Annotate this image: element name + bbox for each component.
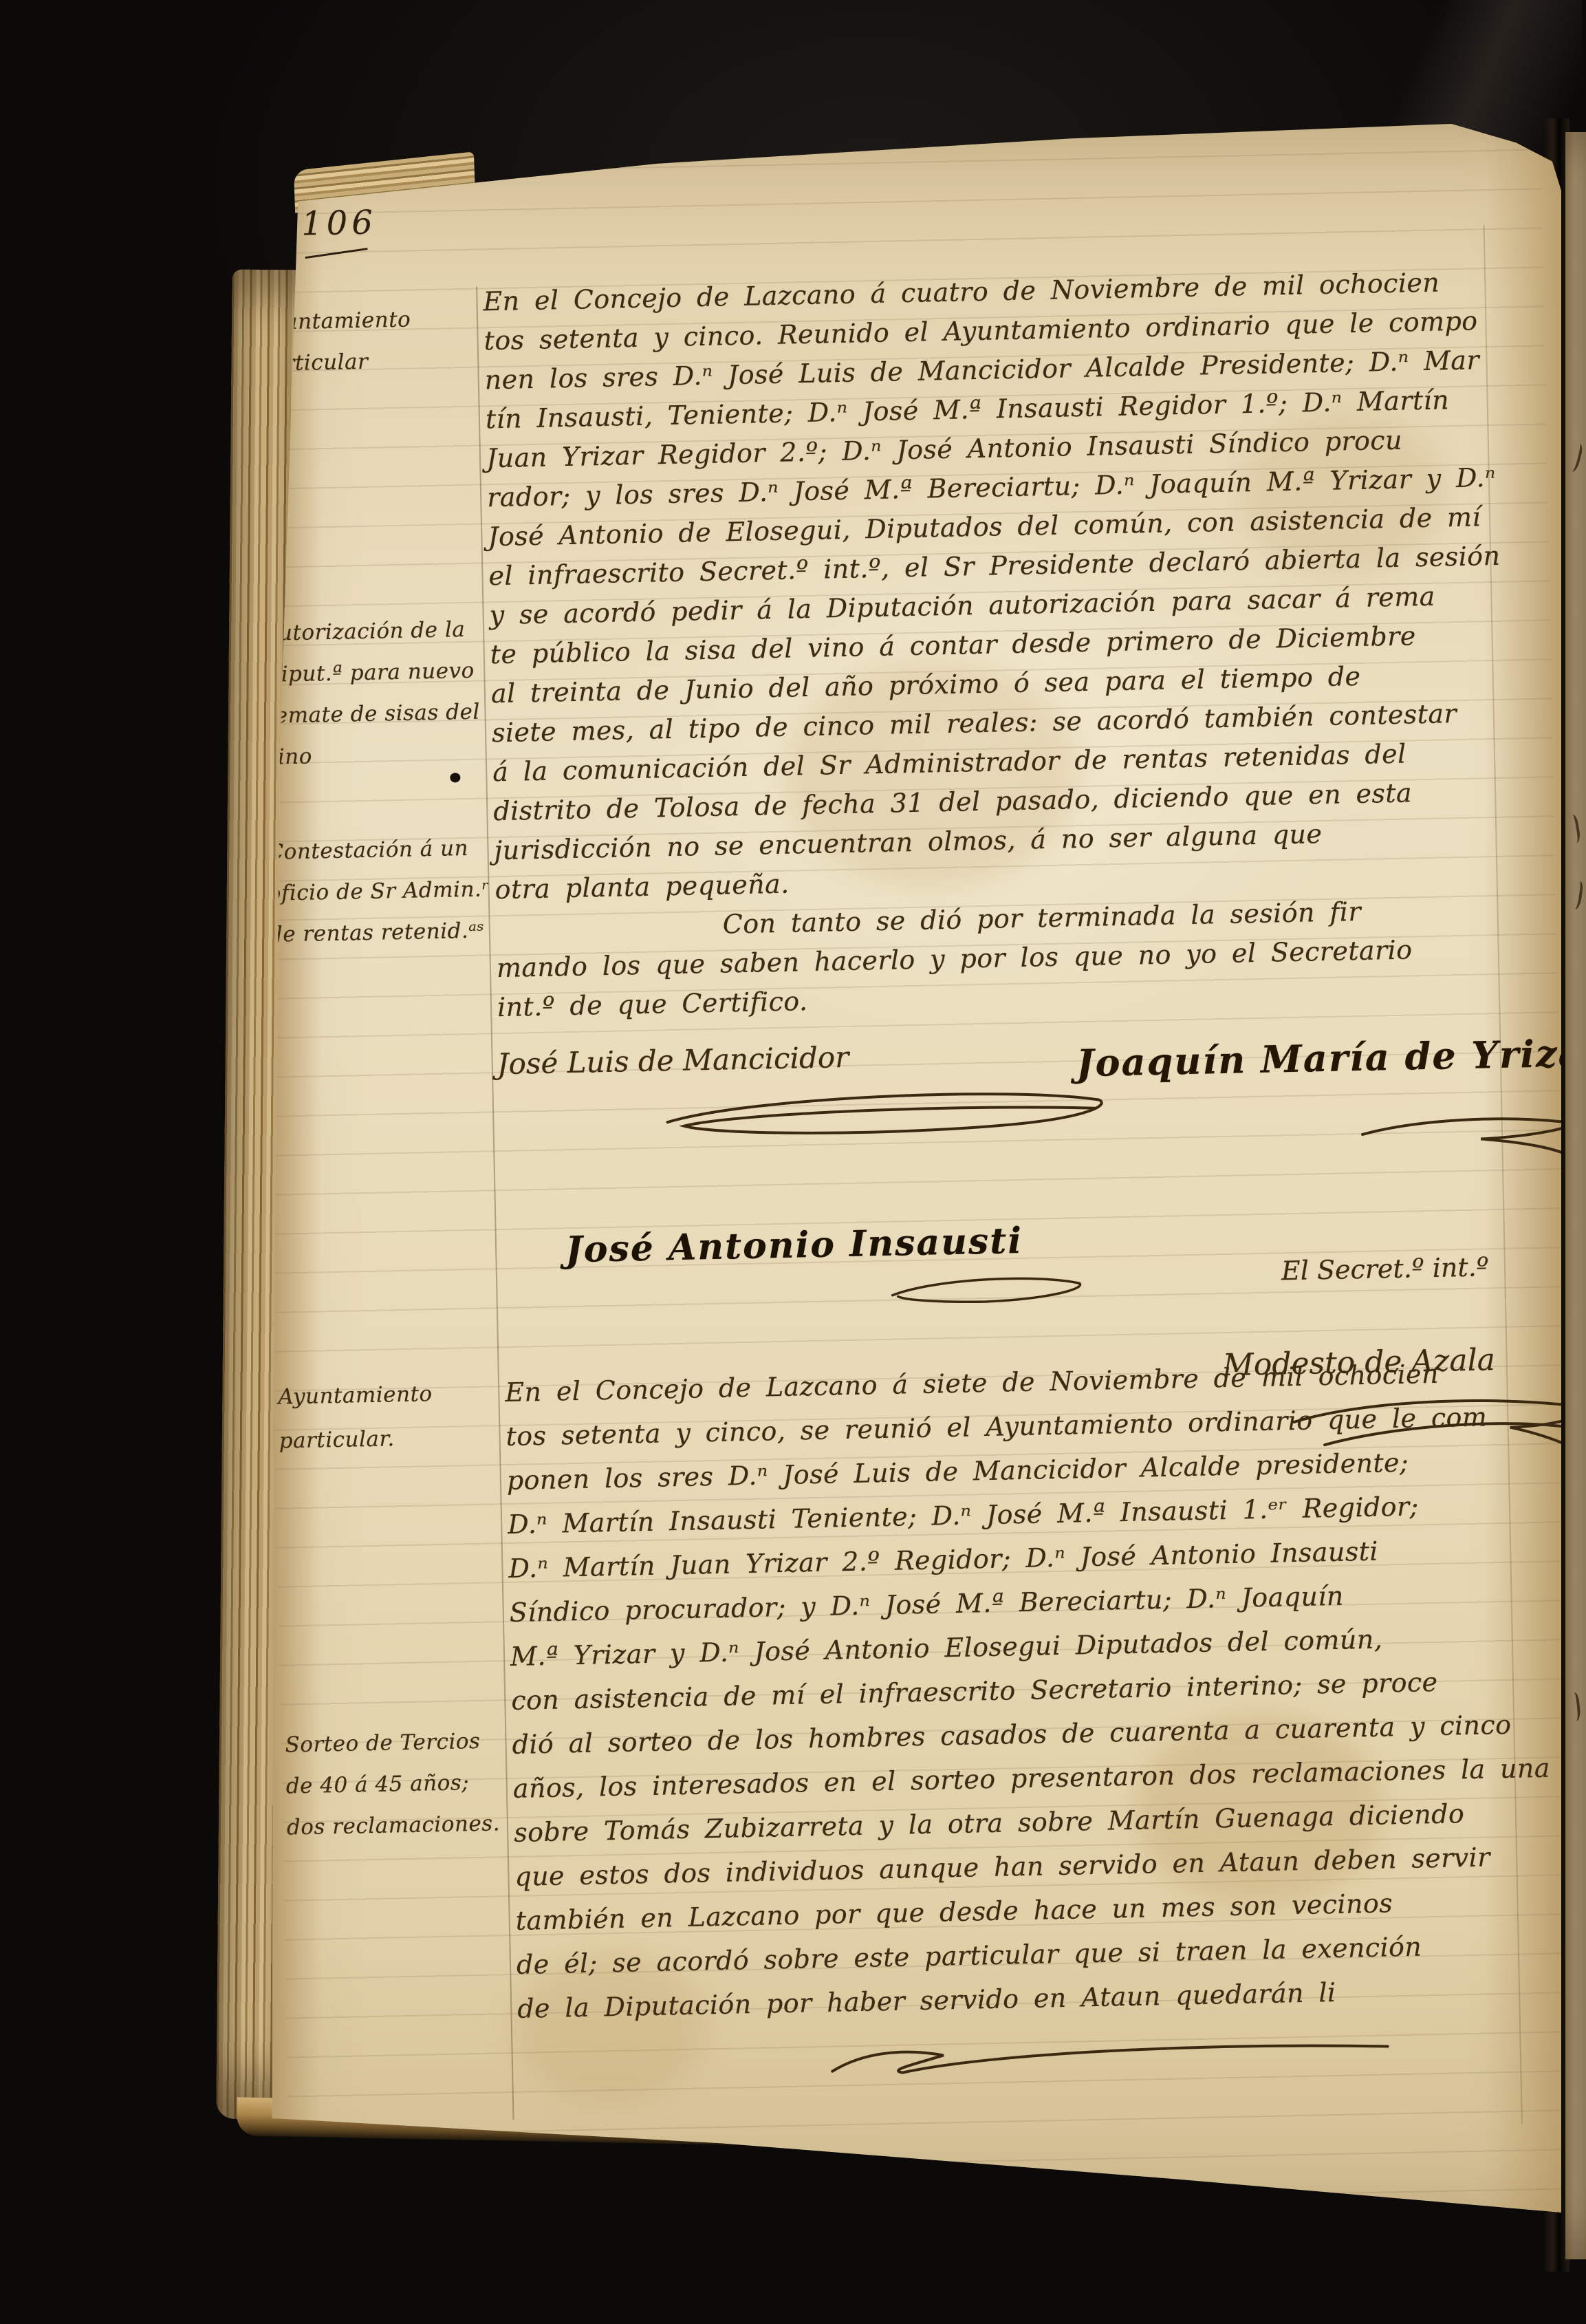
- margin-note-line: dos reclamaciones.: [286, 1803, 506, 1848]
- facing-page-sliver: [1565, 132, 1586, 2259]
- photo-backdrop: 106 Ayuntamiento particular Autorización…: [0, 0, 1586, 2324]
- signature-rubric: [1355, 1106, 1586, 1180]
- facing-page-ink-mark: [1565, 814, 1581, 844]
- margin-note-line: de 40 á 45 años;: [285, 1761, 505, 1807]
- margin-note-line: Ayuntamiento: [278, 1370, 497, 1419]
- margin-note-line: Sorteo de Tercios: [285, 1720, 504, 1765]
- margin-note-contestacion-oficio: Contestación á un oficio de Sr Admin.ʳ d…: [267, 827, 488, 955]
- signature-secretary-role: El Secret.º int.º: [1281, 1251, 1489, 1286]
- facing-page-ink-mark: [1566, 442, 1584, 473]
- margin-note-sorteo-tercios: Sorteo de Tercios de 40 á 45 años; dos r…: [285, 1720, 506, 1848]
- signature-joaquin-maria-de-yrizar: Joaquín María de Yrizar: [1076, 1031, 1586, 1085]
- margin-note-line: de rentas retenid.ᵃˢ: [268, 910, 488, 955]
- margin-note-line: oficio de Sr Admin.ʳ: [268, 868, 487, 914]
- margin-note-line: particular.: [279, 1414, 498, 1463]
- signature-jose-antonio-insausti: José Antonio Insausti: [565, 1220, 1023, 1271]
- signature-rubric: [653, 1082, 1122, 1145]
- margin-note-line: remate de sisas del: [264, 691, 484, 736]
- facing-page-ink-mark: [1567, 1692, 1581, 1721]
- signature-rubric: [882, 1268, 1089, 1312]
- end-of-entry-flourish: [821, 2032, 1399, 2083]
- page-number: 106: [301, 203, 378, 243]
- manuscript-page: 106 Ayuntamiento particular Autorización…: [270, 124, 1561, 2219]
- acta-entry-1-body: En el Concejo de Lazcano á cuatro de Nov…: [483, 261, 1536, 1027]
- acta-entry-2-body: En el Concejo de Lazcano á siete de Novi…: [505, 1350, 1556, 2031]
- writing-area: 106 Ayuntamiento particular Autorización…: [249, 111, 1583, 2231]
- margin-note-line: Diput.ª para nuevo: [263, 649, 483, 695]
- margin-note-line: Autorización de la: [263, 609, 482, 654]
- margin-note-line: vino: [265, 732, 484, 777]
- facing-page-ink-mark: [1569, 880, 1584, 910]
- margin-note-autorizacion-remate-sisas: Autorización de la Diput.ª para nuevo re…: [263, 609, 485, 778]
- page-number-underline: [305, 248, 367, 259]
- margin-note-ayuntamiento-particular-2: Ayuntamiento particular.: [278, 1370, 499, 1463]
- signature-jose-luis-de-mancicidor: José Luis de Mancicidor: [497, 1040, 849, 1081]
- margin-note-line: Contestación á un: [267, 827, 486, 872]
